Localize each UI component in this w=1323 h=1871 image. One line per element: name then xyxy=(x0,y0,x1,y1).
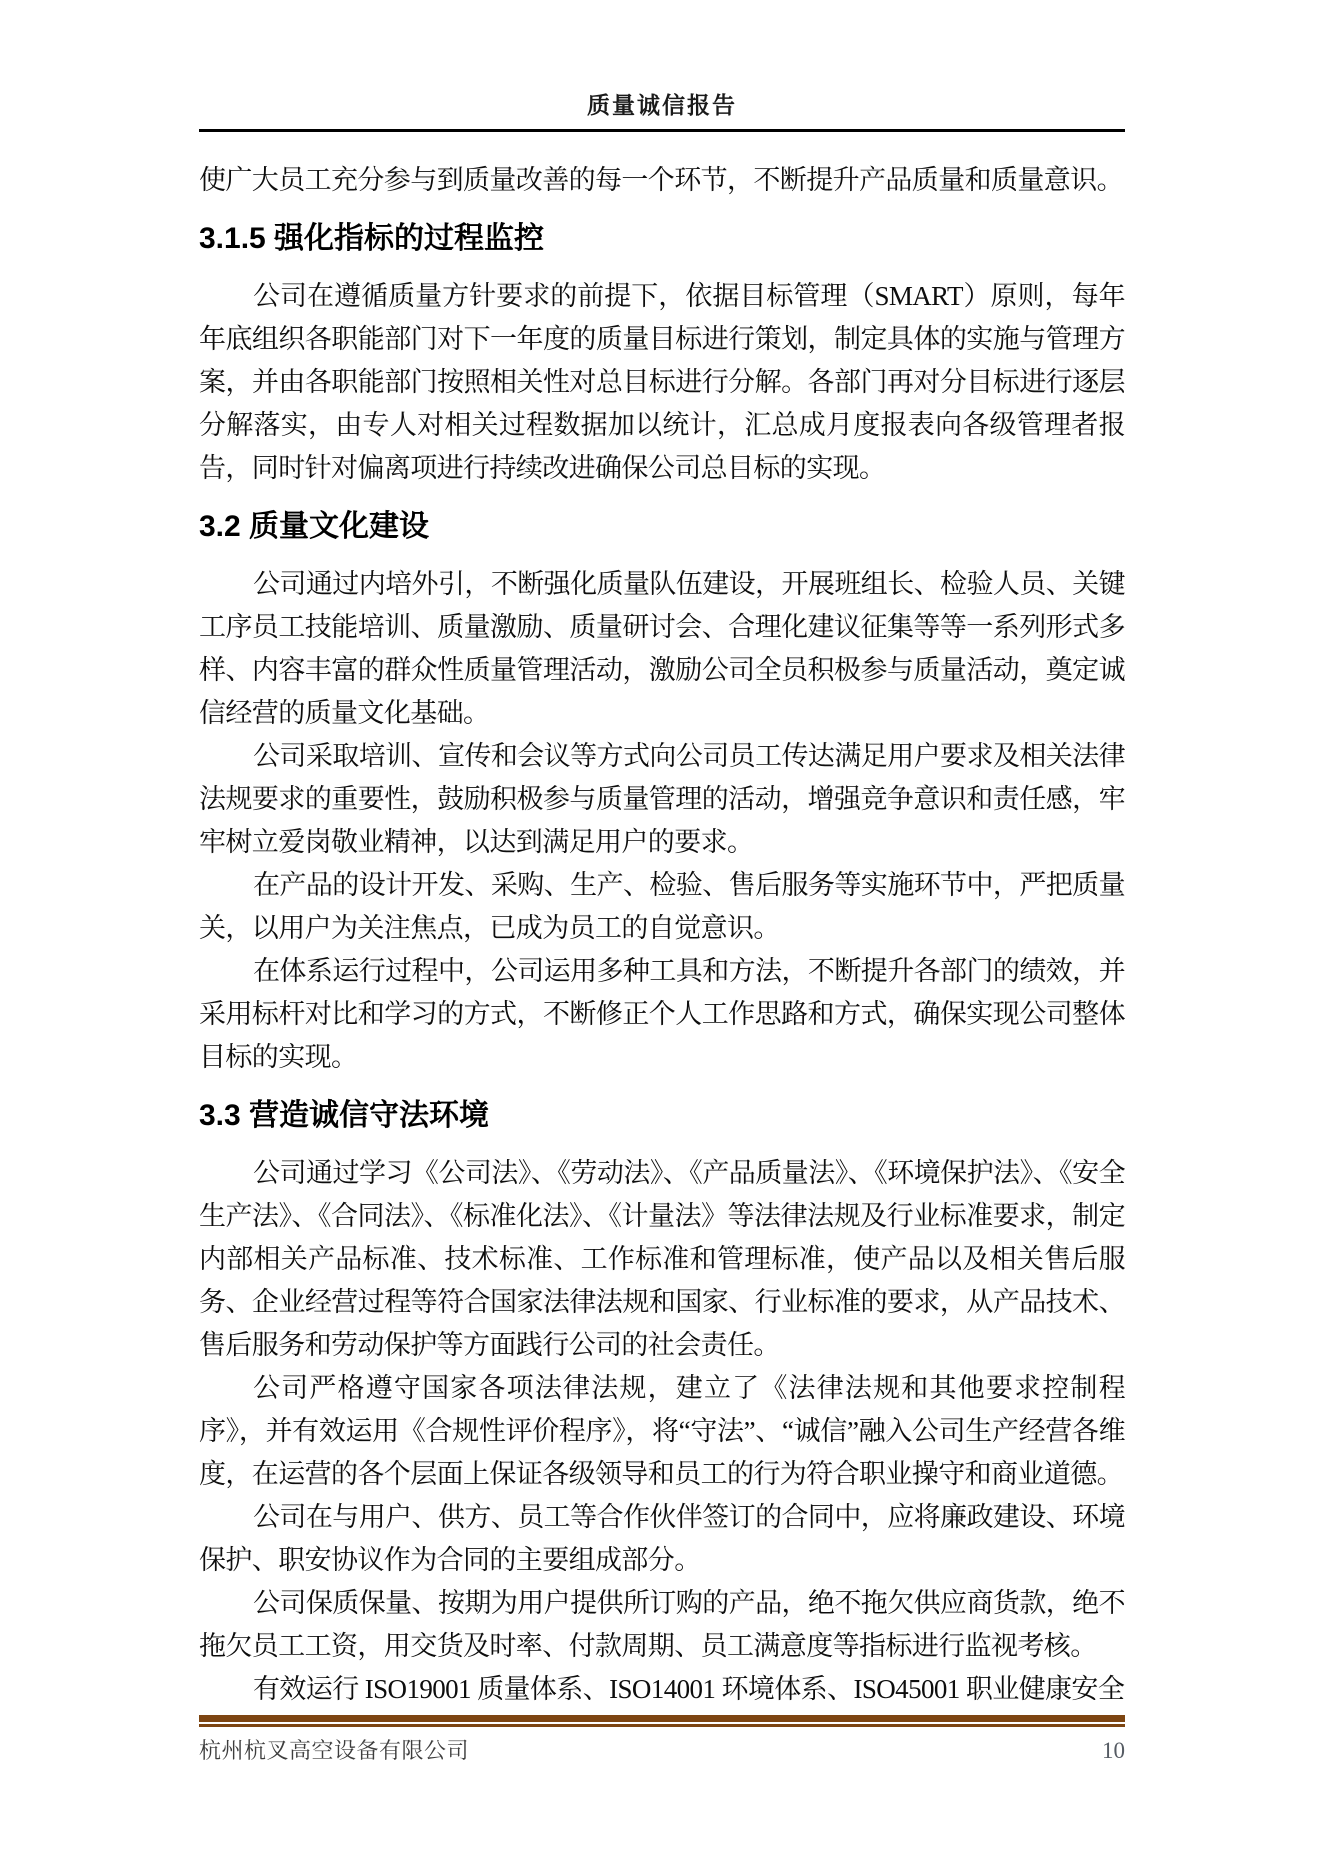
section-3-2-paragraph-2: 公司采取培训、宣传和会议等方式向公司员工传达满足用户要求及相关法律法规要求的重要… xyxy=(199,735,1125,864)
section-3-2-paragraph-4: 在体系运行过程中，公司运用多种工具和方法，不断提升各部门的绩效，并采用标杆对比和… xyxy=(199,950,1125,1079)
page-header-title: 质量诚信报告 xyxy=(199,87,1125,120)
section-heading-3-3: 3.3 营造诚信守法环境 xyxy=(199,1093,1125,1139)
section-heading-3-2: 3.2 质量文化建设 xyxy=(199,504,1125,550)
page-footer: 杭州杭叉高空设备有限公司 10 xyxy=(199,1734,1125,1765)
section-3-2-paragraph-3: 在产品的设计开发、采购、生产、检验、售后服务等实施环节中，严把质量关，以用户为关… xyxy=(199,864,1125,950)
section-3-3-paragraph-1: 公司通过学习《公司法》、《劳动法》、《产品质量法》、《环境保护法》、《安全生产法… xyxy=(199,1152,1125,1367)
header-rule xyxy=(199,129,1125,132)
section-heading-3-1-5: 3.1.5 强化指标的过程监控 xyxy=(199,216,1125,262)
footer-page-number: 10 xyxy=(1102,1738,1125,1764)
section-3-3-paragraph-4: 公司保质保量、按期为用户提供所订购的产品，绝不拖欠供应商货款，绝不拖欠员工工资，… xyxy=(199,1582,1125,1668)
section-3-2-paragraph-1: 公司通过内培外引，不断强化质量队伍建设，开展班组长、检验人员、关键工序员工技能培… xyxy=(199,563,1125,735)
section-3-3-paragraph-3: 公司在与用户、供方、员工等合作伙伴签订的合同中，应将廉政建设、环境保护、职安协议… xyxy=(199,1496,1125,1582)
section-3-3-paragraph-5: 有效运行 ISO19001 质量体系、ISO14001 环境体系、ISO4500… xyxy=(199,1668,1125,1711)
section-3-1-5-paragraph: 公司在遵循质量方针要求的前提下，依据目标管理（SMART）原则，每年年底组织各职… xyxy=(199,275,1125,490)
section-3-3-paragraph-2: 公司严格遵守国家各项法律法规，建立了《法律法规和其他要求控制程序》，并有效运用《… xyxy=(199,1367,1125,1496)
intro-continuation-paragraph: 使广大员工充分参与到质量改善的每一个环节，不断提升产品质量和质量意识。 xyxy=(199,159,1125,202)
footer-rule xyxy=(199,1715,1125,1727)
document-body: 使广大员工充分参与到质量改善的每一个环节，不断提升产品质量和质量意识。 3.1.… xyxy=(199,159,1125,1711)
report-page: 质量诚信报告 使广大员工充分参与到质量改善的每一个环节，不断提升产品质量和质量意… xyxy=(0,0,1323,1871)
footer-company-name: 杭州杭叉高空设备有限公司 xyxy=(199,1734,469,1765)
